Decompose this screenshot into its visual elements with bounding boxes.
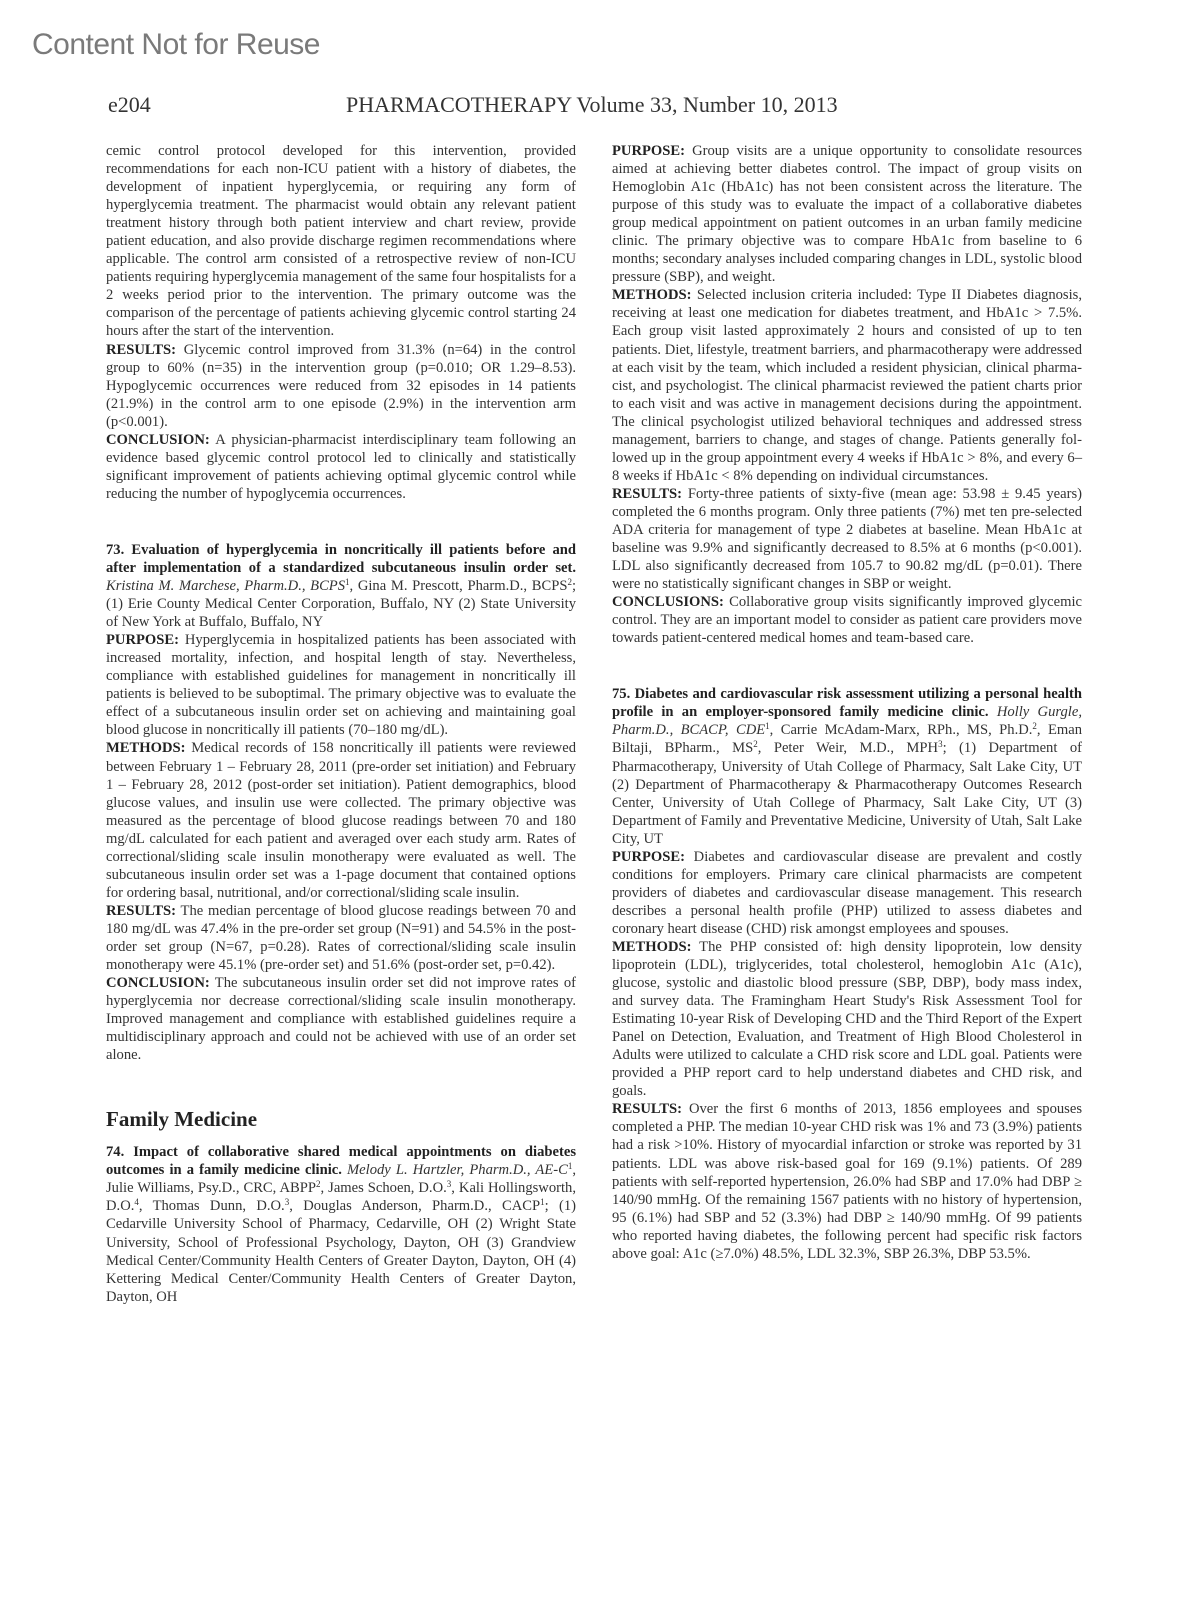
results-paragraph: RESULTS: The median percentage of blood …: [106, 902, 576, 974]
purpose-label: PURPOSE:: [612, 849, 685, 865]
coauthor: , Peter Weir, M.D., MPH: [758, 740, 938, 756]
results-label: RESULTS:: [106, 903, 176, 919]
conclusions-paragraph: CONCLUSIONS: Collaborative group visits …: [612, 593, 1082, 647]
purpose-label: PURPOSE:: [612, 143, 685, 159]
methods-label: METHODS:: [106, 740, 185, 756]
abstract-title: 73. Evaluation of hyperglycemia in noncr…: [106, 542, 576, 576]
methods-label: METHODS:: [612, 287, 691, 303]
results-text: Glycemic control improved from 31.3% (n=…: [106, 342, 576, 430]
abstract-73: 73. Evaluation of hyperglycemia in noncr…: [106, 541, 576, 1064]
coauthor: , Douglas Anderson, Pharm.D., CACP: [289, 1198, 540, 1214]
purpose-text: Group visits are a unique opportunity to…: [612, 143, 1082, 285]
conclusions-label: CONCLUSIONS:: [612, 594, 724, 610]
conclusion-label: CONCLUSION:: [106, 432, 210, 448]
results-label: RESULTS:: [612, 1101, 682, 1117]
results-text: The median percentage of blood glucose r…: [106, 903, 576, 973]
purpose-paragraph: PURPOSE: Diabetes and cardiovascular dis…: [612, 848, 1082, 938]
presenting-author: Melody L. Hartzler, Pharm.D., AE-C: [347, 1162, 568, 1178]
coauthor: , Thomas Dunn, D.O.: [139, 1198, 285, 1214]
conclusion-label: CONCLUSION:: [106, 975, 210, 991]
purpose-paragraph: PURPOSE: Hyperglycemia in hospitalized p…: [106, 631, 576, 739]
abstract-74: 74. Impact of collaborative shared medic…: [106, 1143, 576, 1305]
results-text: Forty-three patients of sixty-five (mean…: [612, 486, 1082, 592]
page-number: e204: [108, 92, 151, 118]
watermark: Content Not for Reuse: [32, 28, 320, 62]
abstract-header: 74. Impact of collaborative shared medic…: [106, 1143, 576, 1305]
coauthor: , James Schoen, D.O.: [321, 1180, 447, 1196]
results-label: RESULTS:: [612, 486, 682, 502]
methods-text: Medical records of 158 noncritically ill…: [106, 740, 576, 900]
abstract-74-continued: PURPOSE: Group visits are a unique oppor…: [612, 142, 1082, 647]
purpose-label: PURPOSE:: [106, 632, 179, 648]
presenting-author: Kristina M. Marchese, Pharm.D., BCPS: [106, 578, 345, 594]
abstract-72-continued: cemic control protocol developed for thi…: [106, 142, 576, 503]
methods-paragraph: METHODS: Medical records of 158 noncriti…: [106, 739, 576, 901]
results-paragraph: RESULTS: Glycemic control improved from …: [106, 341, 576, 431]
abstract-75: 75. Diabetes and cardiovascular risk ass…: [612, 685, 1082, 1263]
purpose-paragraph: PURPOSE: Group visits are a unique oppor…: [612, 142, 1082, 286]
abstract-header: 73. Evaluation of hyperglycemia in noncr…: [106, 541, 576, 631]
left-column: cemic control protocol developed for thi…: [106, 142, 576, 1306]
journal-citation: PHARMACOTHERAPY Volume 33, Number 10, 20…: [346, 92, 838, 118]
methods-text: The PHP consisted of: high density lipop…: [612, 939, 1082, 1099]
results-paragraph: RESULTS: Over the first 6 months of 2013…: [612, 1100, 1082, 1262]
section-heading: Family Medicine: [106, 1107, 576, 1131]
methods-label: METHODS:: [612, 939, 691, 955]
methods-continued: cemic control protocol developed for thi…: [106, 142, 576, 341]
running-header: e204 PHARMACOTHERAPY Volume 33, Number 1…: [108, 92, 1088, 126]
results-label: RESULTS:: [106, 342, 176, 358]
methods-paragraph: METHODS: The PHP consisted of: high dens…: [612, 938, 1082, 1100]
abstract-header: 75. Diabetes and cardiovascular risk ass…: [612, 685, 1082, 847]
methods-text: Selected inclusion criteria included: Ty…: [612, 287, 1082, 483]
coauthor: , Gina M. Prescott, Pharm.D., BCPS: [350, 578, 568, 594]
right-column: PURPOSE: Group visits are a unique oppor…: [612, 142, 1082, 1263]
conclusion-paragraph: CONCLUSION: A physician-pharmacist inter…: [106, 431, 576, 503]
conclusion-paragraph: CONCLUSION: The subcutaneous insulin ord…: [106, 974, 576, 1064]
coauthor: , Carrie McAdam-Marx, RPh., MS, Ph.D.: [770, 722, 1033, 738]
methods-paragraph: METHODS: Selected inclusion criteria inc…: [612, 286, 1082, 485]
results-paragraph: RESULTS: Forty-three patients of sixty-f…: [612, 485, 1082, 593]
results-text: Over the first 6 months of 2013, 1856 em…: [612, 1101, 1082, 1261]
